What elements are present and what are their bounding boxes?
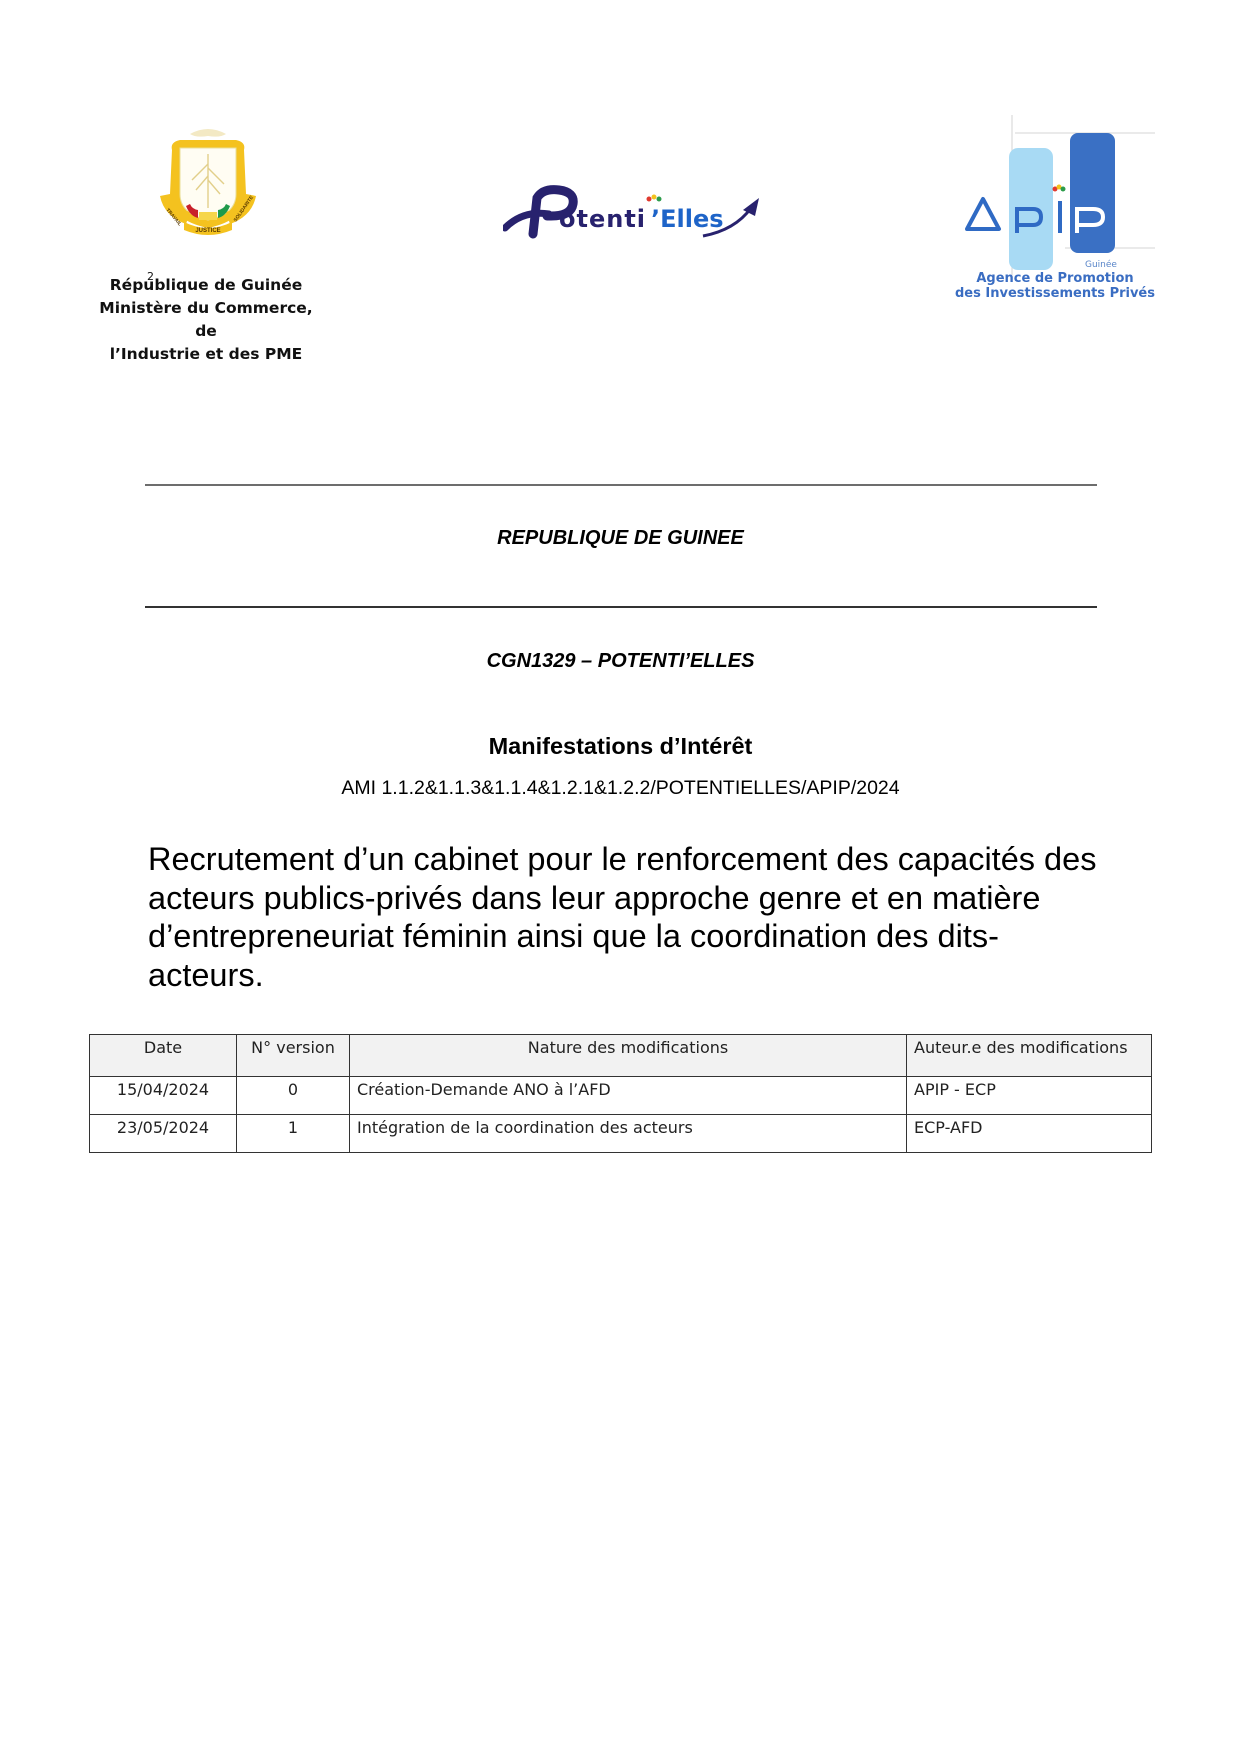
table-row: 15/04/2024 0 Création-Demande ANO à l’AF… xyxy=(90,1077,1152,1115)
cell-date: 23/05/2024 xyxy=(90,1115,237,1153)
page-number-superscript: 2 xyxy=(147,265,154,288)
cell-date: 15/04/2024 xyxy=(90,1077,237,1115)
column-header-version: N° version xyxy=(237,1035,350,1077)
document-subject: Recrutement d’un cabinet pour le renforc… xyxy=(148,840,1108,994)
ministry-line: l’Industrie et des PME xyxy=(90,343,322,366)
cell-version: 0 xyxy=(237,1077,350,1115)
top-divider xyxy=(145,484,1097,486)
guinea-coat-of-arms-icon: JUSTICE TRAVAIL SOLIDARITE xyxy=(150,124,266,240)
svg-text:Guinée: Guinée xyxy=(1085,259,1117,270)
table-row: 23/05/2024 1 Intégration de la coordinat… xyxy=(90,1115,1152,1153)
ministry-line: Ministère du Commerce, de xyxy=(90,297,322,343)
apip-tagline: Agence de Promotion des Investissements … xyxy=(955,271,1155,301)
cell-version: 1 xyxy=(237,1115,350,1153)
apip-tagline-line: des Investissements Privés xyxy=(955,286,1155,301)
bottom-divider xyxy=(145,606,1097,608)
svg-text:JUSTICE: JUSTICE xyxy=(195,228,220,234)
reference-number: AMI 1.1.2&1.1.3&1.1.4&1.2.1&1.2.2/POTENT… xyxy=(0,777,1241,800)
svg-text:otenti: otenti xyxy=(559,205,646,233)
revision-table: Date N° version Nature des modifications… xyxy=(89,1034,1152,1153)
potentielles-logo: otenti ’Elles xyxy=(503,184,765,244)
table-header-row: Date N° version Nature des modifications… xyxy=(90,1035,1152,1077)
column-header-author: Auteur.e des modifications xyxy=(907,1035,1152,1077)
cell-author: ECP-AFD xyxy=(907,1115,1152,1153)
cell-author: APIP - ECP xyxy=(907,1077,1152,1115)
cell-nature: Intégration de la coordination des acteu… xyxy=(350,1115,907,1153)
ministry-heading: 2 République de Guinée Ministère du Comm… xyxy=(90,274,322,366)
ministry-line: République de Guinée xyxy=(90,274,322,297)
apip-tagline-line: Agence de Promotion xyxy=(955,271,1155,286)
project-code: CGN1329 – POTENTI’ELLES xyxy=(0,650,1241,673)
country-heading: REPUBLIQUE DE GUINEE xyxy=(0,527,1241,550)
column-header-nature: Nature des modifications xyxy=(350,1035,907,1077)
svg-text:’Elles: ’Elles xyxy=(651,205,724,233)
column-header-date: Date xyxy=(90,1035,237,1077)
document-type: Manifestations d’Intérêt xyxy=(0,733,1241,760)
cell-nature: Création-Demande ANO à l’AFD xyxy=(350,1077,907,1115)
